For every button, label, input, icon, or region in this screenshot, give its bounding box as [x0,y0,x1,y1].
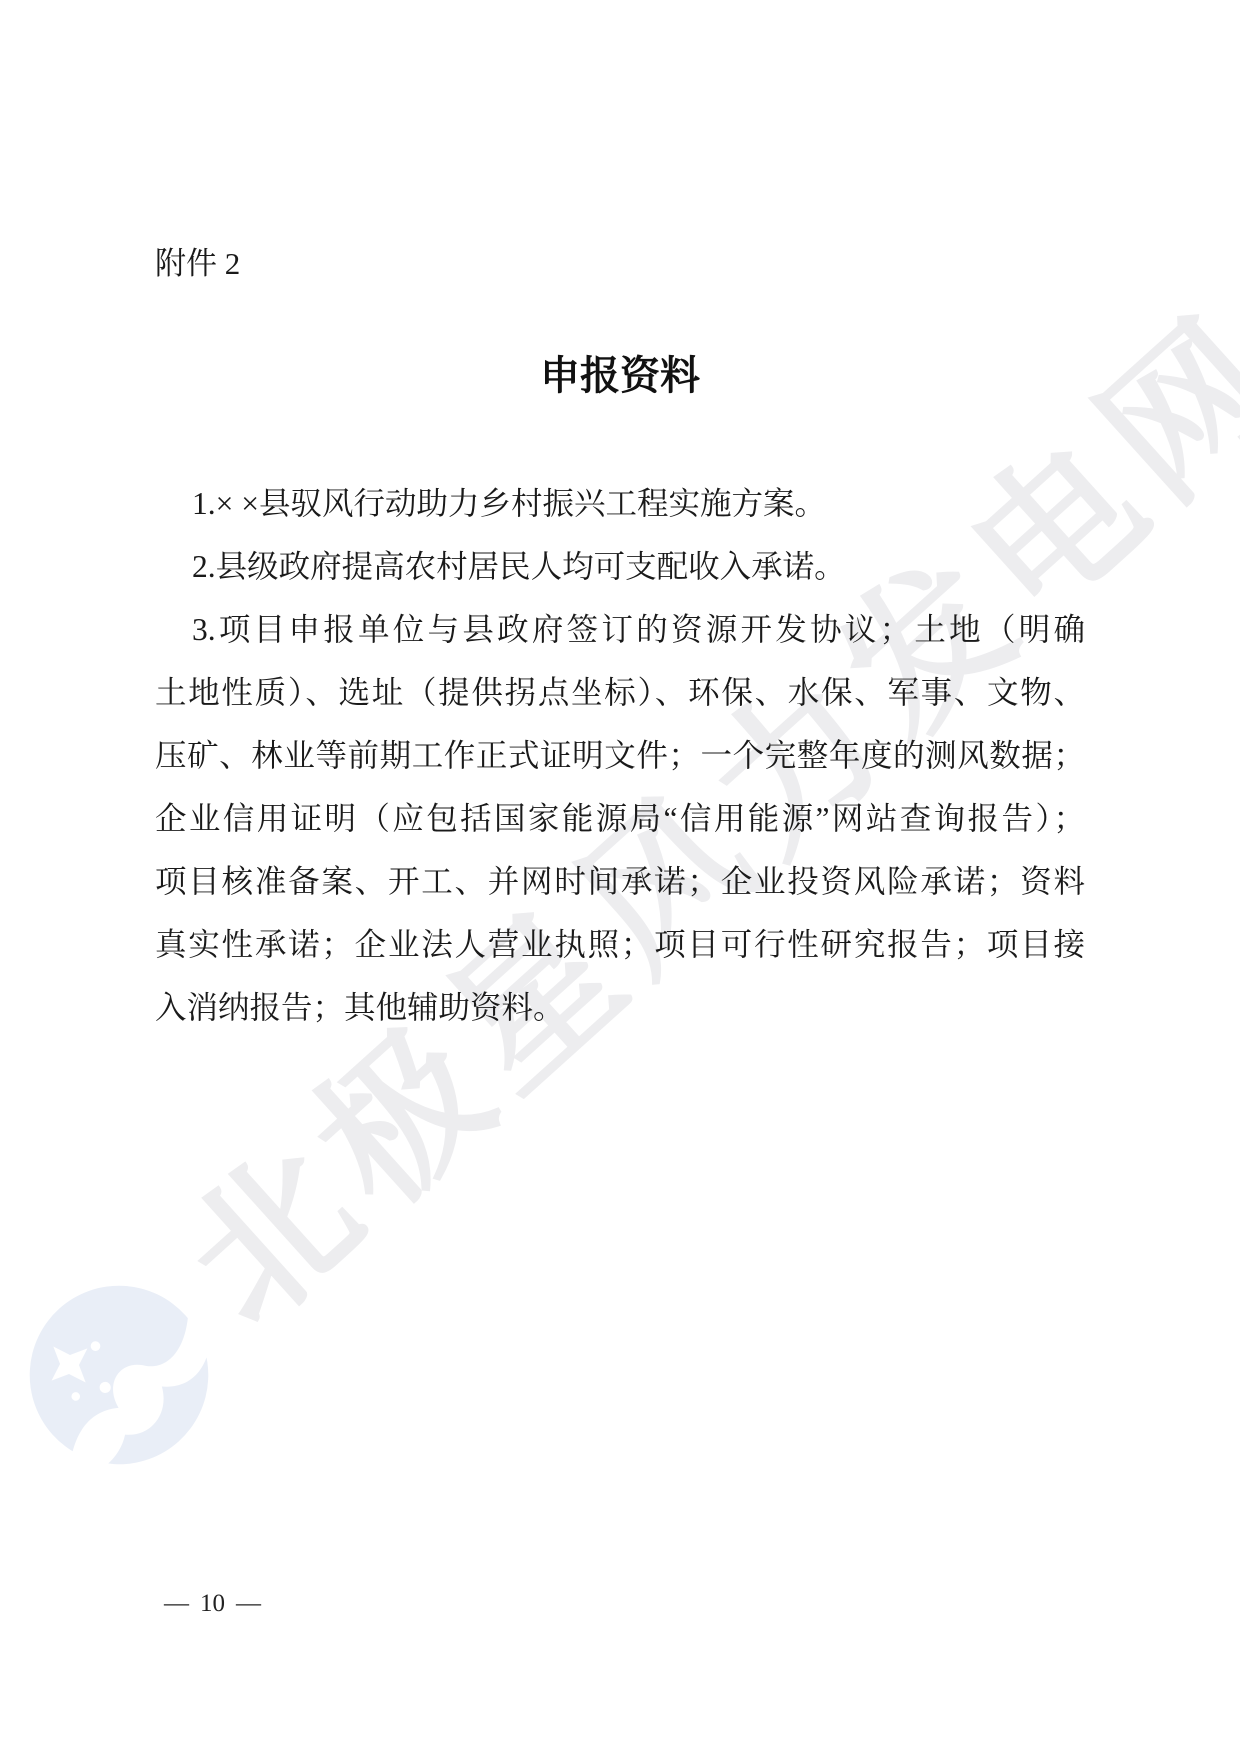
body-line: 项目核准备案、开工、并网时间承诺；企业投资风险承诺；资料 [155,850,1085,913]
body-line: 3.项目申报单位与县政府签订的资源开发协议；土地（明确 [155,598,1085,661]
body-line: 土地性质）、选址（提供拐点坐标）、环保、水保、军事、文物、 [155,661,1085,724]
body-line: 压矿、林业等前期工作正式证明文件；一个完整年度的测风数据； [155,724,1085,787]
page-number: — 10 — [164,1590,261,1618]
body-line: 2.县级政府提高农村居民人均可支配收入承诺。 [155,535,1085,598]
document-body: 1.× ×县驭风行动助力乡村振兴工程实施方案。 2.县级政府提高农村居民人均可支… [155,472,1085,1039]
body-line: 1.× ×县驭风行动助力乡村振兴工程实施方案。 [155,472,1085,535]
attachment-label: 附件 2 [155,238,240,283]
body-line: 企业信用证明（应包括国家能源局“信用能源”网站查询报告）； [155,787,1085,850]
footer-left-dash: — [164,1590,189,1618]
body-line: 真实性承诺；企业法人营业执照；项目可行性研究报告；项目接 [155,913,1085,976]
page-title: 申报资料 [0,354,1240,398]
document-content: 附件 2 申报资料 1.× ×县驭风行动助力乡村振兴工程实施方案。 2.县级政府… [0,0,1240,1754]
document-page: 北极星风力发电网 附件 2 申报资料 1.× ×县驭风行动助力乡村振兴工程实施方… [0,0,1240,1754]
body-line: 入消纳报告；其他辅助资料。 [155,976,1085,1039]
footer-page-value: 10 [200,1590,225,1618]
footer-right-dash: — [236,1590,261,1618]
